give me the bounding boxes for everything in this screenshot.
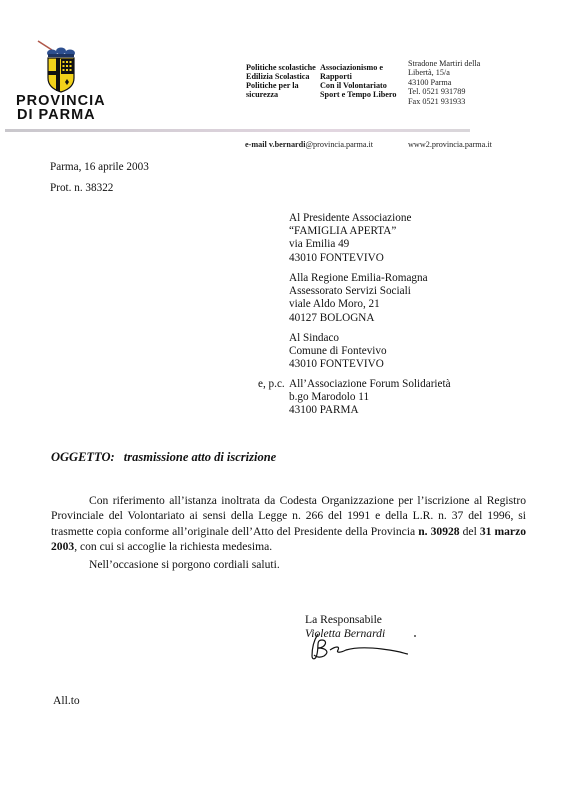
recipient-block: Al Presidente Associazione “FAMIGLIA APE… (289, 212, 411, 265)
address-line: 43100 Parma (408, 78, 518, 87)
province-logo: PROVINCIA DI PARMA (16, 38, 126, 128)
signatory-title: La Responsabile (305, 613, 382, 626)
department-line: Politiche scolastiche (246, 63, 331, 72)
department-line: Associazionismo e (320, 63, 410, 72)
recipient-block: Alla Regione Emilia-Romagna Assessorato … (289, 272, 428, 325)
recipient-line: 43100 PARMA (289, 404, 451, 417)
email-domain: @provincia.parma.it (306, 140, 374, 149)
protocol-number: Prot. n. 38322 (50, 182, 113, 196)
recipient-line: Al Presidente Associazione (289, 212, 411, 225)
act-number: n. 30928 (418, 525, 459, 538)
recipient-line: Alla Regione Emilia-Romagna (289, 272, 428, 285)
attachments-label: All.to (53, 694, 80, 707)
copy-to-label: e, p.c. (258, 378, 285, 390)
recipient-line: 43010 FONTEVIVO (289, 252, 411, 265)
phone-number: Tel. 0521 931789 (408, 87, 518, 96)
subject-line: OGGETTO: trasmissione atto di iscrizione (51, 450, 276, 465)
recipient-line: 43010 FONTEVIVO (289, 358, 387, 371)
department-line: sicurezza (246, 90, 331, 99)
office-address: Stradone Martiri della Libertà, 15/a 431… (408, 59, 518, 106)
recipient-line: All’Associazione Forum Solidarietà (289, 378, 451, 391)
coat-of-arms-icon (34, 38, 86, 94)
departments-column-2: Associazionismo e Rapporti Con il Volont… (320, 63, 410, 99)
department-line: Edilizia Scolastica (246, 72, 331, 81)
closing-salutation: Nell’occasione si porgono cordiali salut… (89, 558, 280, 571)
recipient-line: “FAMIGLIA APERTA” (289, 225, 411, 238)
handwritten-signature-icon (300, 630, 420, 664)
recipient-line: Assessorato Servizi Sociali (289, 285, 428, 298)
recipient-line: Al Sindaco (289, 332, 387, 345)
department-line: Con il Volontariato (320, 81, 410, 90)
body-paragraph: Con riferimento all’istanza inoltrata da… (51, 493, 526, 554)
email-address[interactable]: e-mail v.bernardi@provincia.parma.it (245, 140, 373, 149)
recipient-line: Comune di Fontevivo (289, 345, 387, 358)
subject-text: trasmissione atto di iscrizione (124, 450, 276, 464)
department-line: Politiche per la (246, 81, 331, 90)
header-divider (5, 129, 470, 132)
recipient-block: All’Associazione Forum Solidarietà b.go … (289, 378, 451, 418)
address-line: Libertà, 15/a (408, 68, 518, 77)
recipient-line: viale Aldo Moro, 21 (289, 298, 428, 311)
recipient-line: 40127 BOLOGNA (289, 312, 428, 325)
organization-name: PROVINCIA DI PARMA (16, 94, 106, 122)
place-date: Parma, 16 aprile 2003 (50, 161, 149, 175)
departments-column-1: Politiche scolastiche Edilizia Scolastic… (246, 63, 331, 99)
recipient-block: Al Sindaco Comune di Fontevivo 43010 FON… (289, 332, 387, 372)
body-text: , con cui si accoglie la richiesta medes… (74, 540, 272, 553)
fax-number: Fax 0521 931933 (408, 97, 518, 106)
email-label: e-mail (245, 140, 267, 149)
department-line: Rapporti (320, 72, 410, 81)
body-text: del (460, 525, 480, 538)
subject-label: OGGETTO: (51, 450, 115, 464)
department-line: Sport e Tempo Libero (320, 90, 410, 99)
address-line: Stradone Martiri della (408, 59, 518, 68)
recipient-line: via Emilia 49 (289, 238, 411, 251)
website-link[interactable]: www2.provincia.parma.it (408, 140, 492, 149)
email-user: v.bernardi (269, 140, 306, 149)
organization-name-line1: PROVINCIA (16, 94, 106, 108)
organization-name-line2: DI PARMA (16, 108, 106, 122)
recipient-line: b.go Marodolo 11 (289, 391, 451, 404)
